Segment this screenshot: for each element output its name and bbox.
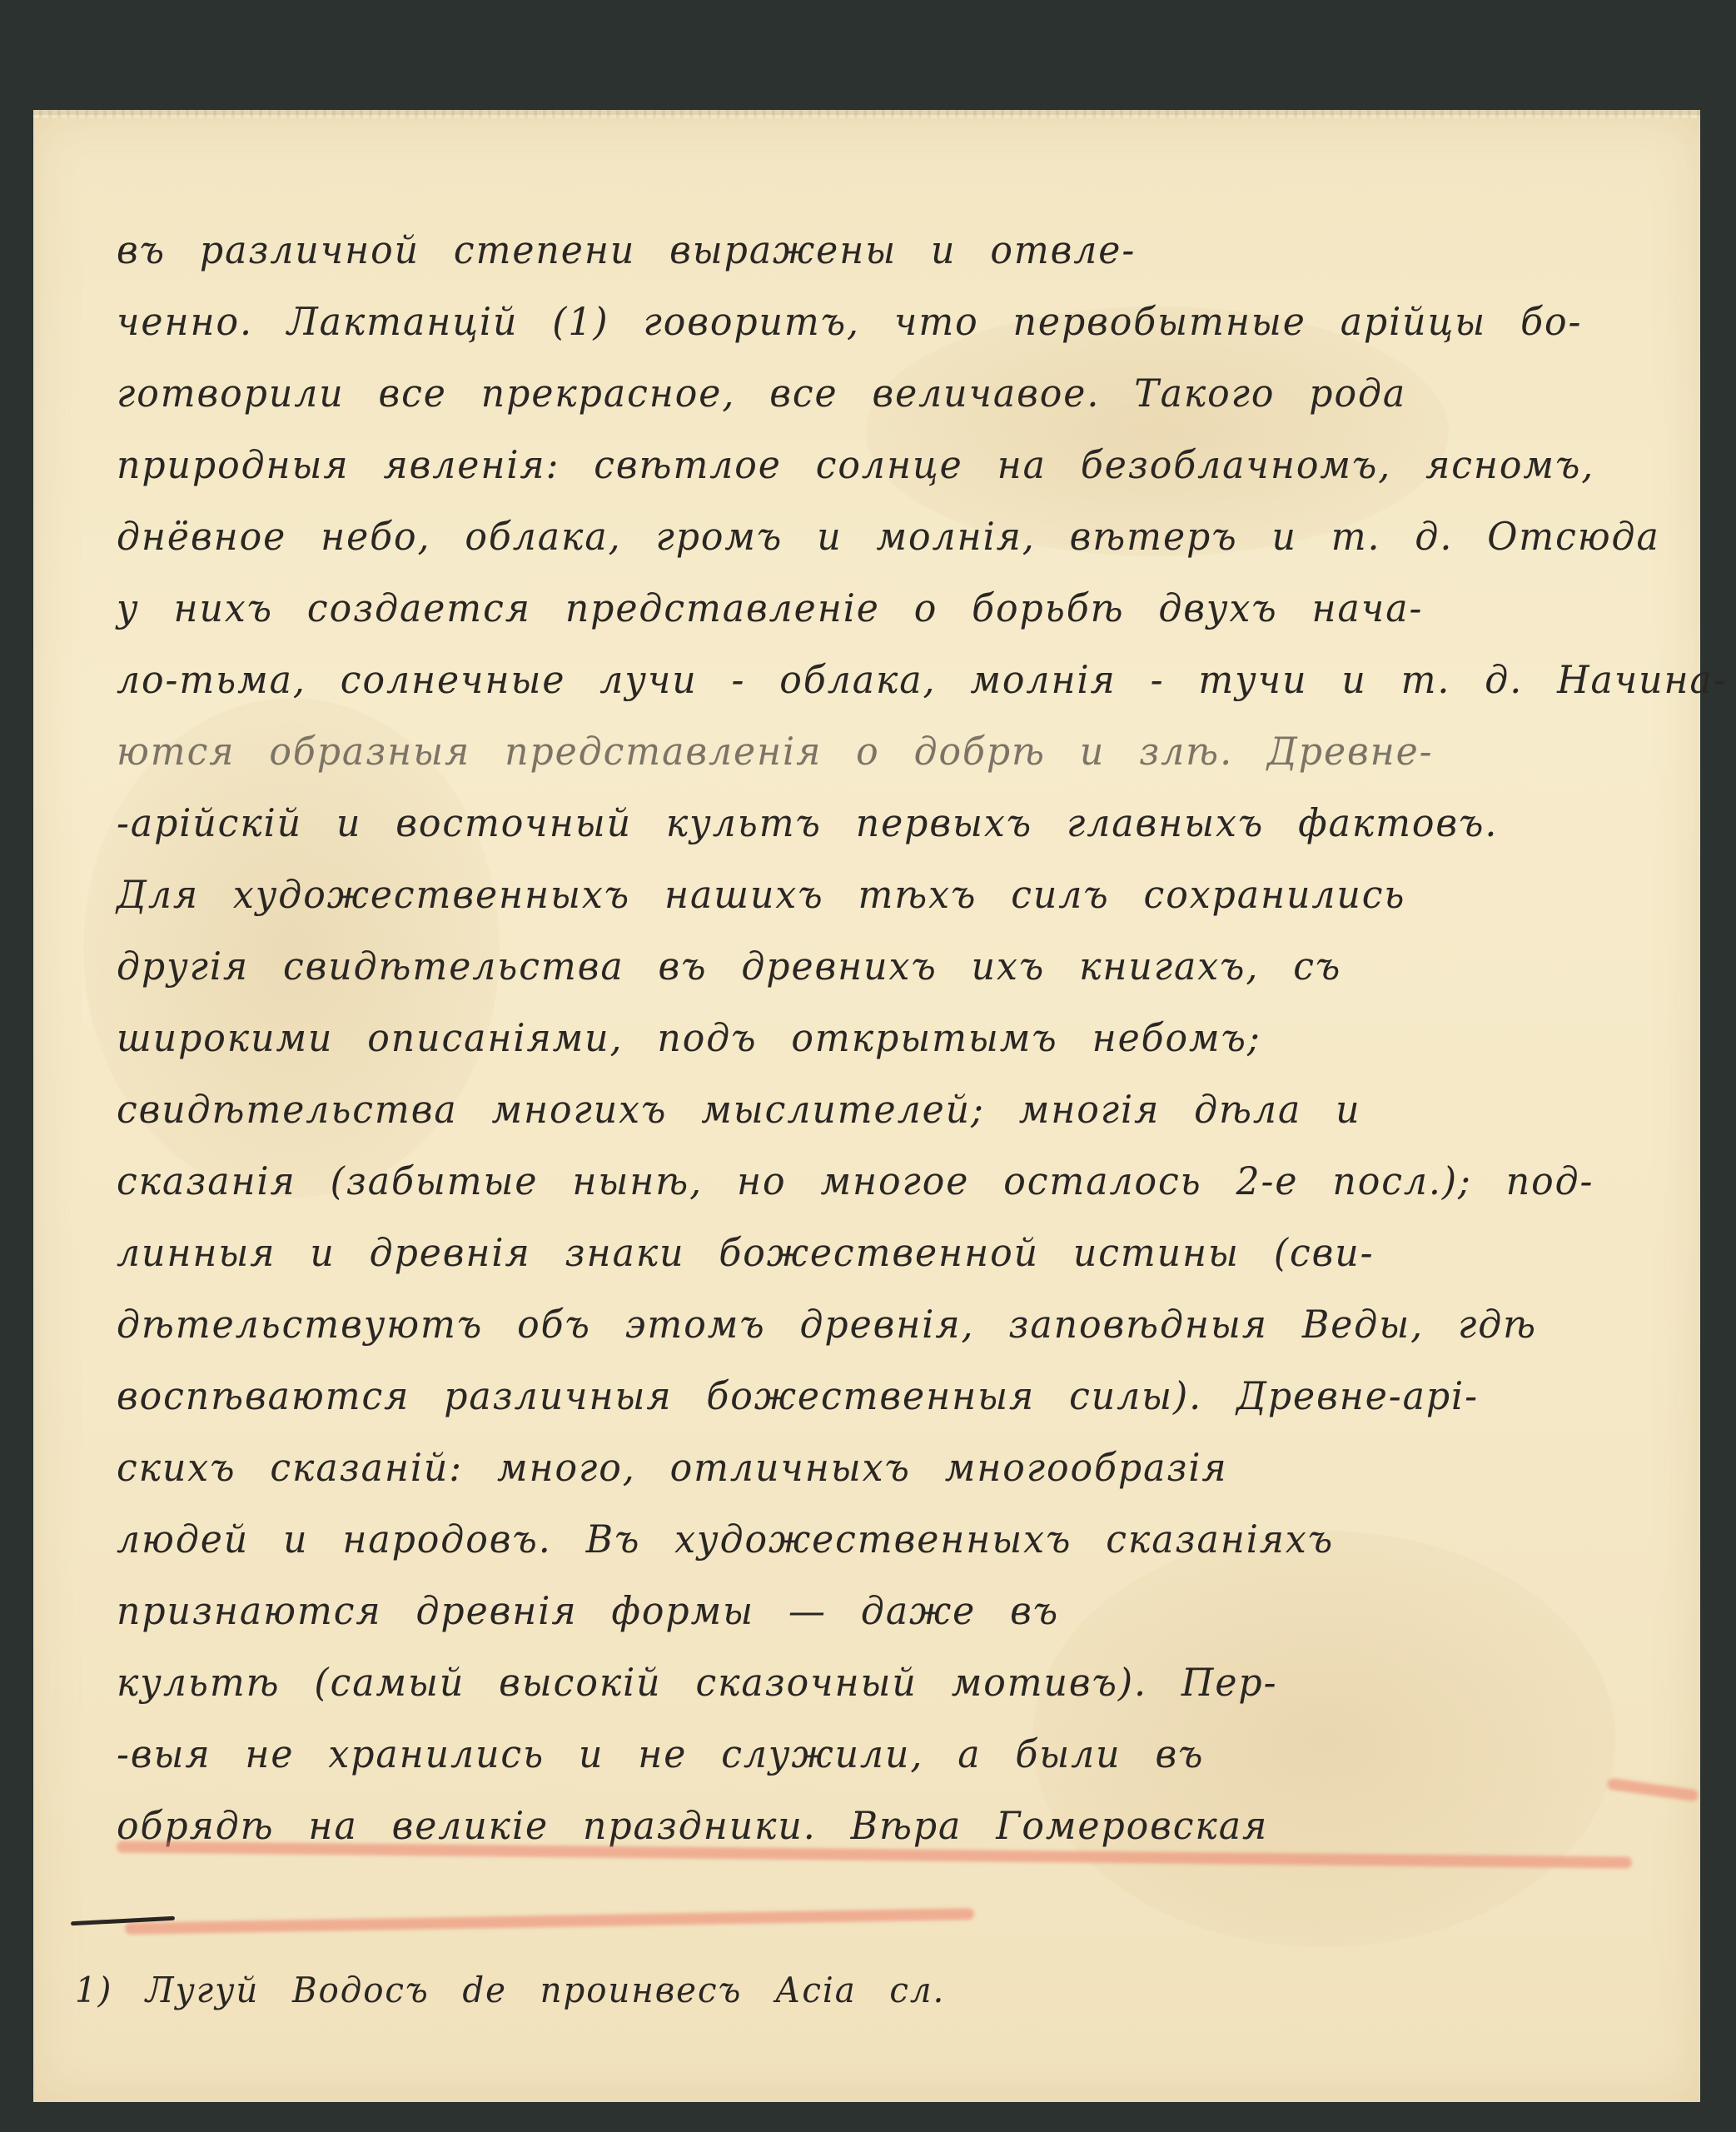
- text-line: природныя явленія: свѣтлое солнце на без…: [117, 440, 1619, 490]
- text-line: готворили все прекрасное, все величавое.…: [117, 368, 1619, 418]
- text-line: линныя и древнія знаки божественной исти…: [117, 1228, 1619, 1278]
- text-line: ченно. Лактанцій (1) говоритъ, что перво…: [117, 296, 1619, 346]
- text-line: у нихъ создается представленіе о борьбѣ …: [117, 583, 1619, 633]
- text-line: ются образныя представленія о добрѣ и зл…: [117, 726, 1619, 776]
- text-line: въ различной степени выражены и отвле-: [117, 225, 1619, 275]
- footnote: 1) Лугуй Водосъ de проинвесъ Асіа сл.: [75, 1965, 1578, 2015]
- text-line: дѣтельствуютъ объ этомъ древнія, заповѣд…: [117, 1299, 1619, 1349]
- text-line: ло-тьма, солнечные лучи - облака, молнія…: [117, 655, 1619, 705]
- text-line: сказанія (забытые нынѣ, но многое остало…: [117, 1156, 1619, 1206]
- text-line: широкими описаніями, подъ открытымъ небо…: [117, 1013, 1619, 1063]
- text-line: -выя не хранились и не служили, а были в…: [117, 1729, 1619, 1779]
- text-line: людей и народовъ. Въ художественныхъ ска…: [117, 1514, 1619, 1564]
- text-line: днёвное небо, облака, громъ и молнія, вѣ…: [117, 511, 1619, 561]
- text-line: -арійскій и восточный культъ первыхъ гла…: [117, 798, 1619, 848]
- text-line: Для художественныхъ нашихъ тѣхъ силъ сох…: [117, 869, 1619, 919]
- text-line: скихъ сказаній: много, отличныхъ многооб…: [117, 1442, 1619, 1492]
- text-line: свидѣтельства многихъ мыслителей; многія…: [117, 1084, 1619, 1134]
- text-line: воспѣваются различныя божественныя силы)…: [117, 1371, 1619, 1421]
- text-line: культѣ (самый высокій сказочный мотивъ).…: [117, 1657, 1619, 1707]
- text-line: признаются древнія формы — даже въ: [117, 1586, 1619, 1636]
- text-line: другія свидѣтельства въ древнихъ ихъ кни…: [117, 941, 1619, 991]
